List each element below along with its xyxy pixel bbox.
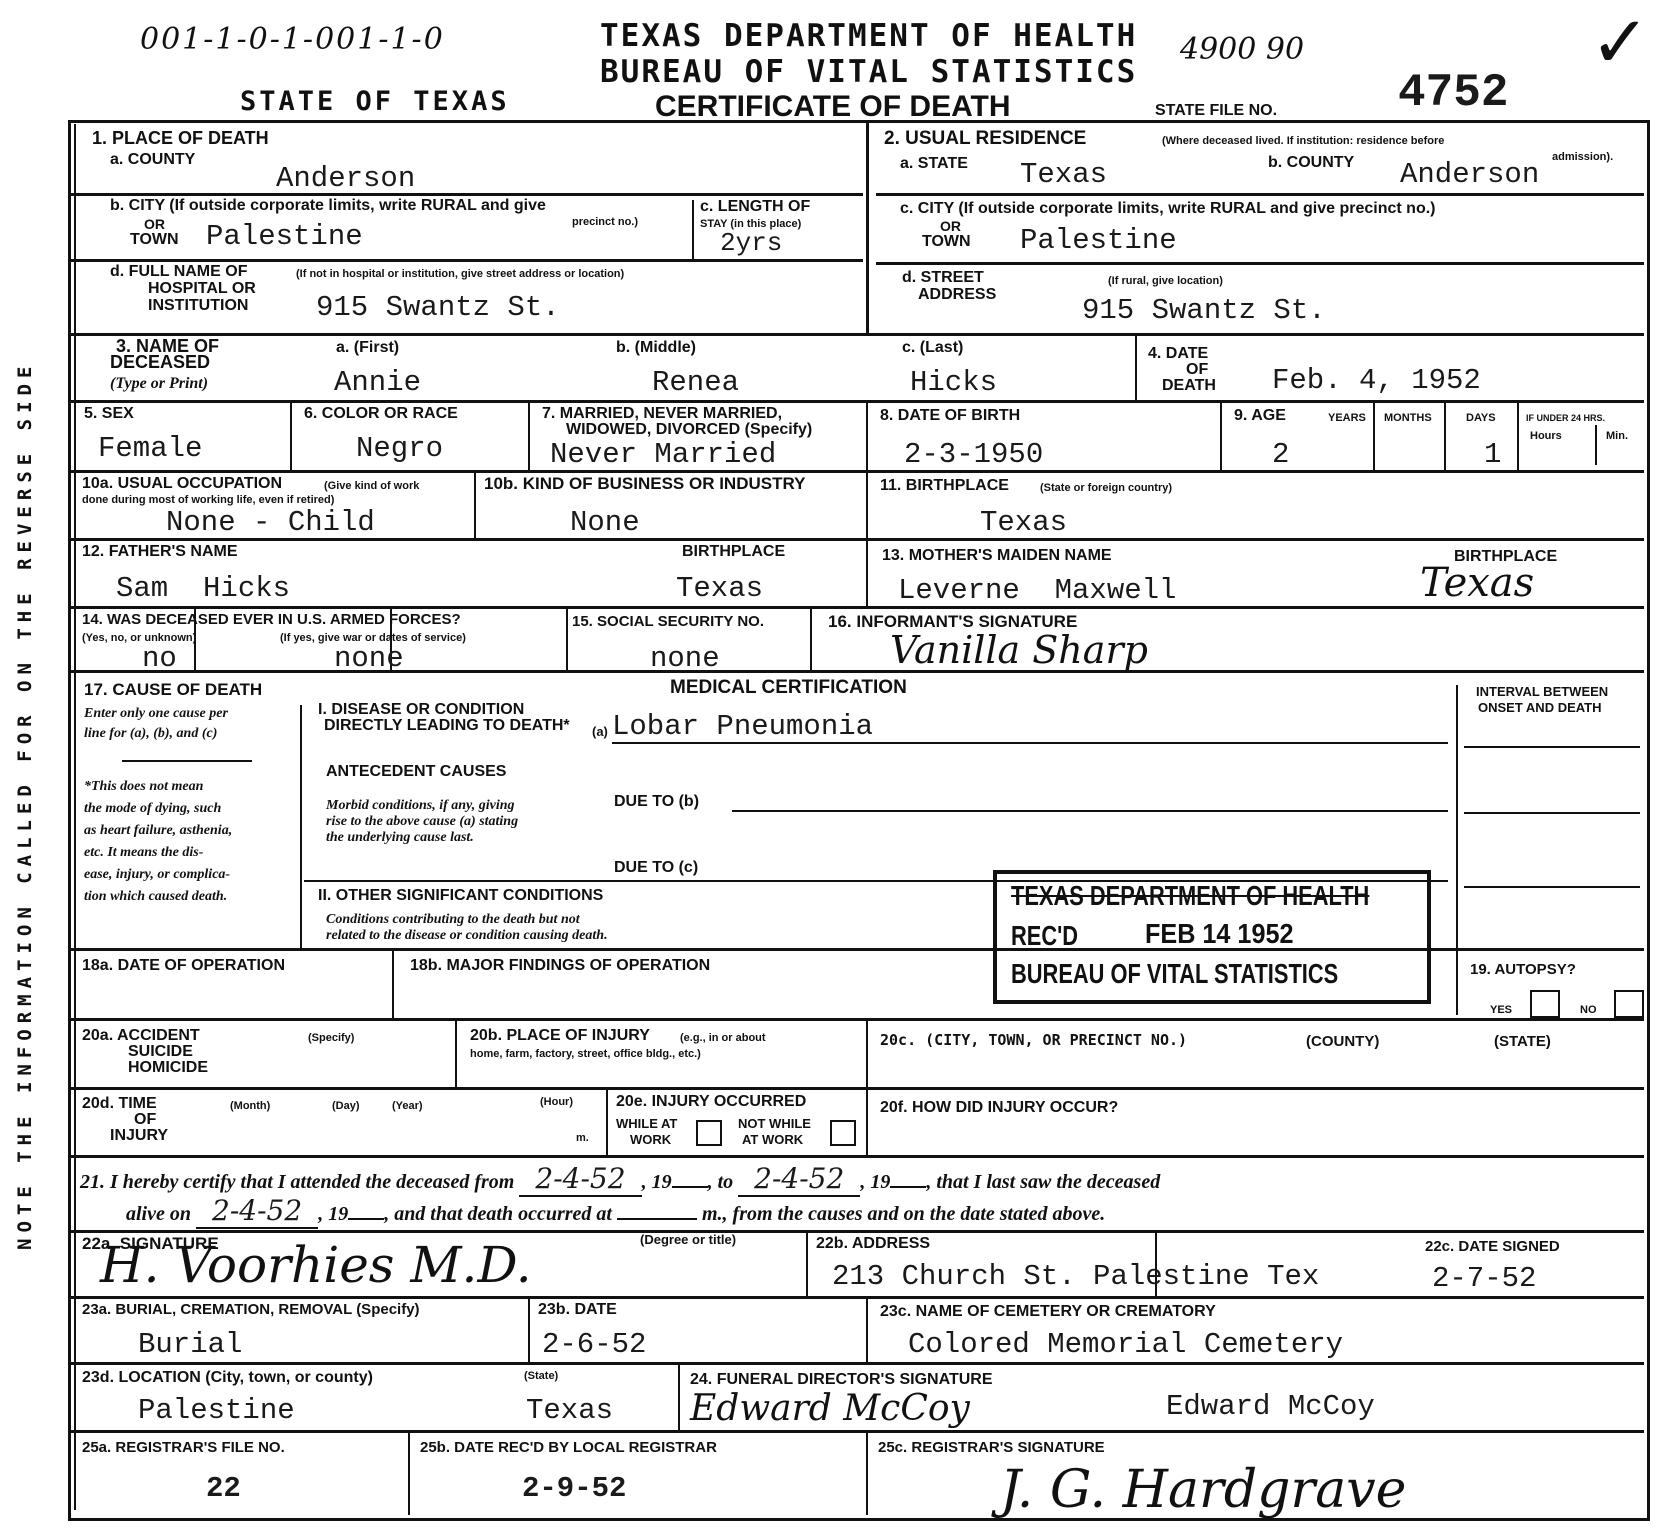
injury-occurred-label: 20e. INJURY OCCURRED bbox=[616, 1094, 806, 1110]
residence-state-label: a. STATE bbox=[900, 156, 968, 172]
cause-instructions-1: Enter only one cause per bbox=[84, 706, 228, 722]
armed-forces-service-value: none bbox=[334, 644, 404, 674]
attended-to-date: 2-4-52 bbox=[738, 1162, 860, 1197]
occupation-value: None - Child bbox=[166, 508, 375, 538]
business-value: None bbox=[570, 508, 640, 538]
injury-time-injury: INJURY bbox=[110, 1128, 168, 1144]
injury-place-note: (e.g., in or about bbox=[680, 1032, 766, 1044]
cause-footnote-line: tion which caused death. bbox=[84, 886, 294, 908]
physician-certification: 21. I hereby certify that I attended the… bbox=[80, 1164, 1640, 1228]
certify-to: , to bbox=[708, 1171, 734, 1193]
injury-county-label: (COUNTY) bbox=[1306, 1034, 1379, 1050]
part1-label-2: DIRECTLY LEADING TO DEATH* bbox=[324, 718, 570, 734]
residence-city-value: Palestine bbox=[1020, 226, 1177, 256]
certify-text-1: 21. I hereby certify that I attended the… bbox=[80, 1171, 514, 1193]
marital-value: Never Married bbox=[550, 440, 776, 470]
age-months-label: MONTHS bbox=[1384, 412, 1432, 424]
funeral-director-label: 24. FUNERAL DIRECTOR'S SIGNATURE bbox=[690, 1372, 993, 1388]
work-label: WORK bbox=[630, 1134, 671, 1146]
registrar-signature-label: 25c. REGISTRAR'S SIGNATURE bbox=[878, 1440, 1105, 1456]
bureau-title: BUREAU OF VITAL STATISTICS bbox=[600, 54, 1137, 90]
injury-time-label: 20d. TIME bbox=[82, 1096, 157, 1112]
funeral-director-name: Edward McCoy bbox=[1166, 1392, 1375, 1422]
registrar-file-value: 22 bbox=[206, 1474, 241, 1504]
father-name-value: Sam Hicks bbox=[116, 574, 290, 604]
death-city-or: OR bbox=[144, 218, 165, 230]
residence-city-or: OR bbox=[940, 220, 961, 232]
certify-text-5: m., from the causes and on the date stat… bbox=[702, 1203, 1105, 1225]
cause-a-marker: (a) bbox=[592, 726, 608, 738]
handwritten-number: 4900 90 bbox=[1180, 32, 1304, 67]
medical-certification-title: MEDICAL CERTIFICATION bbox=[670, 680, 907, 696]
residence-street-note: (If rural, give location) bbox=[1108, 275, 1223, 287]
injury-place-note-2: home, farm, factory, street, office bldg… bbox=[470, 1048, 701, 1060]
injury-state-label: (STATE) bbox=[1494, 1034, 1551, 1050]
registrar-signature: J. G. Hardgrave bbox=[1000, 1460, 1406, 1520]
stamp-bureau: BUREAU OF VITAL STATISTICS bbox=[1011, 958, 1338, 990]
reverse-side-note: NOTE THE INFORMATION CALLED FOR ON THE R… bbox=[14, 361, 36, 1250]
last-name-label: c. (Last) bbox=[902, 340, 963, 356]
sex-label: 5. SEX bbox=[84, 406, 134, 422]
burial-location-value: Palestine bbox=[138, 1396, 295, 1426]
interval-label: INTERVAL BETWEEN bbox=[1476, 686, 1608, 698]
marital-label: 7. MARRIED, NEVER MARRIED, bbox=[542, 406, 782, 422]
mother-name-label: 13. MOTHER'S MAIDEN NAME bbox=[882, 548, 1112, 564]
part1-label: I. DISEASE OR CONDITION bbox=[318, 702, 524, 718]
autopsy-yes-checkbox[interactable] bbox=[1530, 990, 1560, 1018]
burial-type-value: Burial bbox=[138, 1330, 242, 1360]
morbid-note-3: the underlying cause last. bbox=[326, 830, 474, 846]
first-name-value: Annie bbox=[334, 368, 421, 398]
death-city-precinct-note: precinct no.) bbox=[572, 216, 638, 228]
age-days-value: 1 bbox=[1484, 440, 1501, 470]
cause-instructions-2: line for (a), (b), and (c) bbox=[84, 726, 217, 742]
middle-name-label: b. (Middle) bbox=[616, 340, 696, 356]
stamp-received: REC'D bbox=[1011, 920, 1078, 952]
date-of-death-value: Feb. 4, 1952 bbox=[1272, 366, 1481, 396]
certify-19-c: , 19 bbox=[318, 1203, 348, 1225]
father-birthplace-value: Texas bbox=[676, 574, 763, 604]
name-label-3: (Type or Print) bbox=[110, 376, 208, 392]
race-label: 6. COLOR OR RACE bbox=[304, 406, 458, 422]
autopsy-no-checkbox[interactable] bbox=[1614, 990, 1644, 1018]
stamp-department: TEXAS DEPARTMENT OF HEALTH bbox=[1011, 880, 1369, 912]
usual-residence-note-2: admission). bbox=[1552, 151, 1613, 163]
birthplace-label: 11. BIRTHPLACE bbox=[880, 478, 1009, 494]
due-to-b-line bbox=[732, 810, 1448, 812]
birthplace-value: Texas bbox=[980, 508, 1067, 538]
accident-label: 20a. ACCIDENT bbox=[82, 1028, 200, 1044]
first-name-label: a. (First) bbox=[336, 340, 399, 356]
certificate-title: CERTIFICATE OF DEATH bbox=[655, 90, 1011, 124]
birth-date-value: 2-3-1950 bbox=[904, 440, 1043, 470]
registrar-date-label: 25b. DATE REC'D BY LOCAL REGISTRAR bbox=[420, 1440, 717, 1456]
while-at-work-label: WHILE AT bbox=[616, 1118, 677, 1130]
name-label-2: DECEASED bbox=[110, 354, 210, 370]
check-mark-icon: ✓ bbox=[1590, 0, 1650, 84]
injury-m-label: m. bbox=[576, 1132, 589, 1144]
certify-text-4: , and that death occurred at bbox=[384, 1203, 612, 1225]
burial-type-label: 23a. BURIAL, CREMATION, REMOVAL (Specify… bbox=[82, 1302, 420, 1318]
last-seen-alive-date: 2-4-52 bbox=[196, 1194, 318, 1229]
burial-location-label: 23d. LOCATION (City, town, or county) bbox=[82, 1370, 373, 1386]
death-city-label: b. CITY (If outside corporate limits, wr… bbox=[110, 198, 546, 214]
injury-place-label: 20b. PLACE OF INJURY bbox=[470, 1028, 650, 1044]
age-years-label: YEARS bbox=[1328, 412, 1366, 424]
sex-value: Female bbox=[98, 434, 202, 464]
marital-label-2: WIDOWED, DIVORCED (Specify) bbox=[566, 422, 812, 438]
informant-signature: Vanilla Sharp bbox=[890, 628, 1148, 672]
due-to-b-label: DUE TO (b) bbox=[614, 794, 699, 810]
burial-date-value: 2-6-52 bbox=[542, 1330, 646, 1360]
department-title: TEXAS DEPARTMENT OF HEALTH bbox=[600, 18, 1137, 54]
under-24-label: IF UNDER 24 HRS. bbox=[1526, 412, 1605, 424]
cause-footnote-line: *This does not mean bbox=[84, 776, 294, 798]
not-while-at-work-label: NOT WHILE bbox=[738, 1118, 811, 1130]
operation-date-label: 18a. DATE OF OPERATION bbox=[82, 958, 285, 974]
registrar-date-value: 2-9-52 bbox=[522, 1474, 626, 1504]
date-signed-label: 22c. DATE SIGNED bbox=[1425, 1239, 1560, 1255]
mother-name-value: Leverne Maxwell bbox=[898, 576, 1176, 606]
injury-time-of: OF bbox=[134, 1112, 156, 1128]
residence-city-label: c. CITY (If outside corporate limits, wr… bbox=[900, 201, 1436, 217]
cause-of-death-label: 17. CAUSE OF DEATH bbox=[84, 682, 262, 698]
stamp-date: FEB 14 1952 bbox=[1145, 918, 1294, 950]
autopsy-label: 19. AUTOPSY? bbox=[1470, 962, 1576, 978]
hospital-label-2: HOSPITAL OR bbox=[148, 281, 256, 297]
armed-forces-value: no bbox=[142, 644, 177, 674]
date-signed-value: 2-7-52 bbox=[1432, 1264, 1536, 1294]
interval-label-2: ONSET AND DEATH bbox=[1478, 702, 1602, 714]
morbid-note-2: rise to the above cause (a) stating bbox=[326, 814, 518, 830]
injury-city-label: 20c. (CITY, TOWN, OR PRECINCT NO.) bbox=[880, 1032, 1187, 1048]
funeral-director-signature: Edward McCoy bbox=[690, 1388, 970, 1429]
date-of-death-label: 4. DATE bbox=[1148, 346, 1208, 362]
suicide-label: SUICIDE bbox=[128, 1044, 193, 1060]
occupation-label: 10a. USUAL OCCUPATION bbox=[82, 476, 282, 492]
residence-street-label-2: ADDRESS bbox=[918, 287, 996, 303]
mother-birthplace-value: Texas bbox=[1420, 560, 1534, 606]
ssn-value: none bbox=[650, 644, 720, 674]
age-years-value: 2 bbox=[1272, 440, 1289, 470]
cause-footnote-line: ease, injury, or complica- bbox=[84, 864, 294, 886]
age-days-label: DAYS bbox=[1466, 412, 1496, 424]
residence-town-label: TOWN bbox=[922, 234, 971, 250]
registrar-file-label: 25a. REGISTRAR'S FILE NO. bbox=[82, 1440, 285, 1456]
death-city-value: Palestine bbox=[206, 222, 363, 252]
state-file-label: STATE FILE NO. bbox=[1155, 102, 1277, 120]
part2-note-2: related to the disease or condition caus… bbox=[326, 928, 608, 944]
injury-specify-label: (Specify) bbox=[308, 1032, 354, 1044]
state-file-number: 4752 bbox=[1398, 78, 1508, 108]
middle-name-value: Renea bbox=[652, 368, 739, 398]
handwritten-code: 001-1-0-1-001-1-0 bbox=[140, 22, 445, 57]
homicide-label: HOMICIDE bbox=[128, 1060, 208, 1076]
not-while-at-work-checkbox[interactable] bbox=[830, 1120, 856, 1146]
business-label: 10b. KIND OF BUSINESS OR INDUSTRY bbox=[484, 476, 805, 492]
armed-forces-label: 14. WAS DECEASED EVER IN U.S. ARMED FORC… bbox=[82, 612, 461, 628]
certify-19-b: , 19 bbox=[860, 1171, 890, 1193]
at-work-label: AT WORK bbox=[742, 1134, 803, 1146]
cause-footnote: *This does not mean the mode of dying, s… bbox=[84, 776, 294, 908]
operation-findings-label: 18b. MAJOR FINDINGS OF OPERATION bbox=[410, 958, 710, 974]
ssn-label: 15. SOCIAL SECURITY NO. bbox=[572, 614, 764, 630]
birth-date-label: 8. DATE OF BIRTH bbox=[880, 408, 1020, 424]
residence-state-value: Texas bbox=[1020, 160, 1107, 190]
certify-text-2: , that I last saw the deceased bbox=[926, 1171, 1160, 1193]
hospital-label: d. FULL NAME OF bbox=[110, 264, 247, 280]
residence-street-label: d. STREET bbox=[902, 270, 984, 286]
antecedent-label: ANTECEDENT CAUSES bbox=[326, 764, 506, 780]
degree-label: (Degree or title) bbox=[640, 1234, 736, 1246]
attended-from-date: 2-4-52 bbox=[519, 1162, 641, 1197]
length-of-stay-label: c. LENGTH OF bbox=[700, 199, 810, 215]
burial-state-value: Texas bbox=[526, 1396, 613, 1426]
age-label: 9. AGE bbox=[1234, 408, 1286, 424]
hours-label: Hours bbox=[1530, 430, 1562, 442]
received-stamp: TEXAS DEPARTMENT OF HEALTH REC'D FEB 14 … bbox=[993, 870, 1431, 1004]
autopsy-no-label: NO bbox=[1580, 1004, 1597, 1016]
cemetery-label: 23c. NAME OF CEMETERY OR CREMATORY bbox=[880, 1304, 1216, 1320]
injury-year-label: (Year) bbox=[392, 1100, 423, 1112]
cause-footnote-line: etc. It means the dis- bbox=[84, 842, 294, 864]
father-name-label: 12. FATHER'S NAME bbox=[82, 544, 238, 560]
physician-address-label: 22b. ADDRESS bbox=[816, 1236, 930, 1252]
form-inner-border bbox=[74, 124, 76, 1510]
part2-label: II. OTHER SIGNIFICANT CONDITIONS bbox=[318, 888, 603, 904]
cause-footnote-line: the mode of dying, such bbox=[84, 798, 294, 820]
certify-text-3: alive on bbox=[126, 1203, 191, 1225]
injury-hour-label: (Hour) bbox=[540, 1096, 573, 1108]
occupation-note: (Give kind of work bbox=[324, 480, 419, 492]
death-county-value: Anderson bbox=[276, 164, 415, 194]
length-of-stay-value: 2yrs bbox=[720, 228, 782, 258]
usual-residence-label: 2. USUAL RESIDENCE bbox=[884, 131, 1086, 147]
cause-a-value: Lobar Pneumonia bbox=[612, 712, 873, 742]
armed-forces-note-1: (Yes, no, or unknown) bbox=[82, 632, 196, 644]
cause-footnote-line: as heart failure, asthenia, bbox=[84, 820, 294, 842]
occupation-note-2: done during most of working life, even i… bbox=[82, 494, 334, 506]
injury-day-label: (Day) bbox=[332, 1100, 360, 1112]
state-title: STATE OF TEXAS bbox=[240, 86, 510, 117]
death-county-label: a. COUNTY bbox=[110, 152, 195, 168]
physician-address-value: 213 Church St. Palestine Tex bbox=[832, 1262, 1319, 1292]
father-birthplace-label: BIRTHPLACE bbox=[682, 544, 785, 560]
hospital-value: 915 Swantz St. bbox=[316, 293, 560, 323]
residence-county-value: Anderson bbox=[1400, 160, 1539, 190]
date-of-death-label-2: OF bbox=[1186, 362, 1208, 378]
certify-19-a: , 19 bbox=[642, 1171, 672, 1193]
date-of-death-label-3: DEATH bbox=[1162, 378, 1216, 394]
how-injury-label: 20f. HOW DID INJURY OCCUR? bbox=[880, 1100, 1118, 1116]
injury-month-label: (Month) bbox=[230, 1100, 270, 1112]
last-name-value: Hicks bbox=[910, 368, 997, 398]
physician-signature: H. Voorhies M.D. bbox=[100, 1236, 532, 1294]
autopsy-yes-label: YES bbox=[1490, 1004, 1512, 1016]
residence-street-value: 915 Swantz St. bbox=[1082, 296, 1326, 326]
burial-date-label: 23b. DATE bbox=[538, 1302, 617, 1318]
hospital-label-3: INSTITUTION bbox=[148, 298, 248, 314]
residence-county-label: b. COUNTY bbox=[1268, 155, 1354, 171]
part2-note-1: Conditions contributing to the death but… bbox=[326, 912, 580, 928]
cemetery-value: Colored Memorial Cemetery bbox=[908, 1330, 1343, 1360]
birthplace-note: (State or foreign country) bbox=[1040, 482, 1172, 494]
place-of-death-label: 1. PLACE OF DEATH bbox=[92, 130, 269, 146]
race-value: Negro bbox=[356, 434, 443, 464]
hospital-note: (If not in hospital or institution, give… bbox=[296, 268, 624, 280]
morbid-note-1: Morbid conditions, if any, giving bbox=[326, 798, 515, 814]
usual-residence-note: (Where deceased lived. If institution: r… bbox=[1162, 135, 1444, 147]
minutes-label: Min. bbox=[1606, 430, 1628, 442]
burial-state-label: (State) bbox=[524, 1370, 558, 1382]
death-town-label: TOWN bbox=[130, 232, 179, 248]
while-at-work-checkbox[interactable] bbox=[696, 1120, 722, 1146]
due-to-c-label: DUE TO (c) bbox=[614, 860, 698, 876]
